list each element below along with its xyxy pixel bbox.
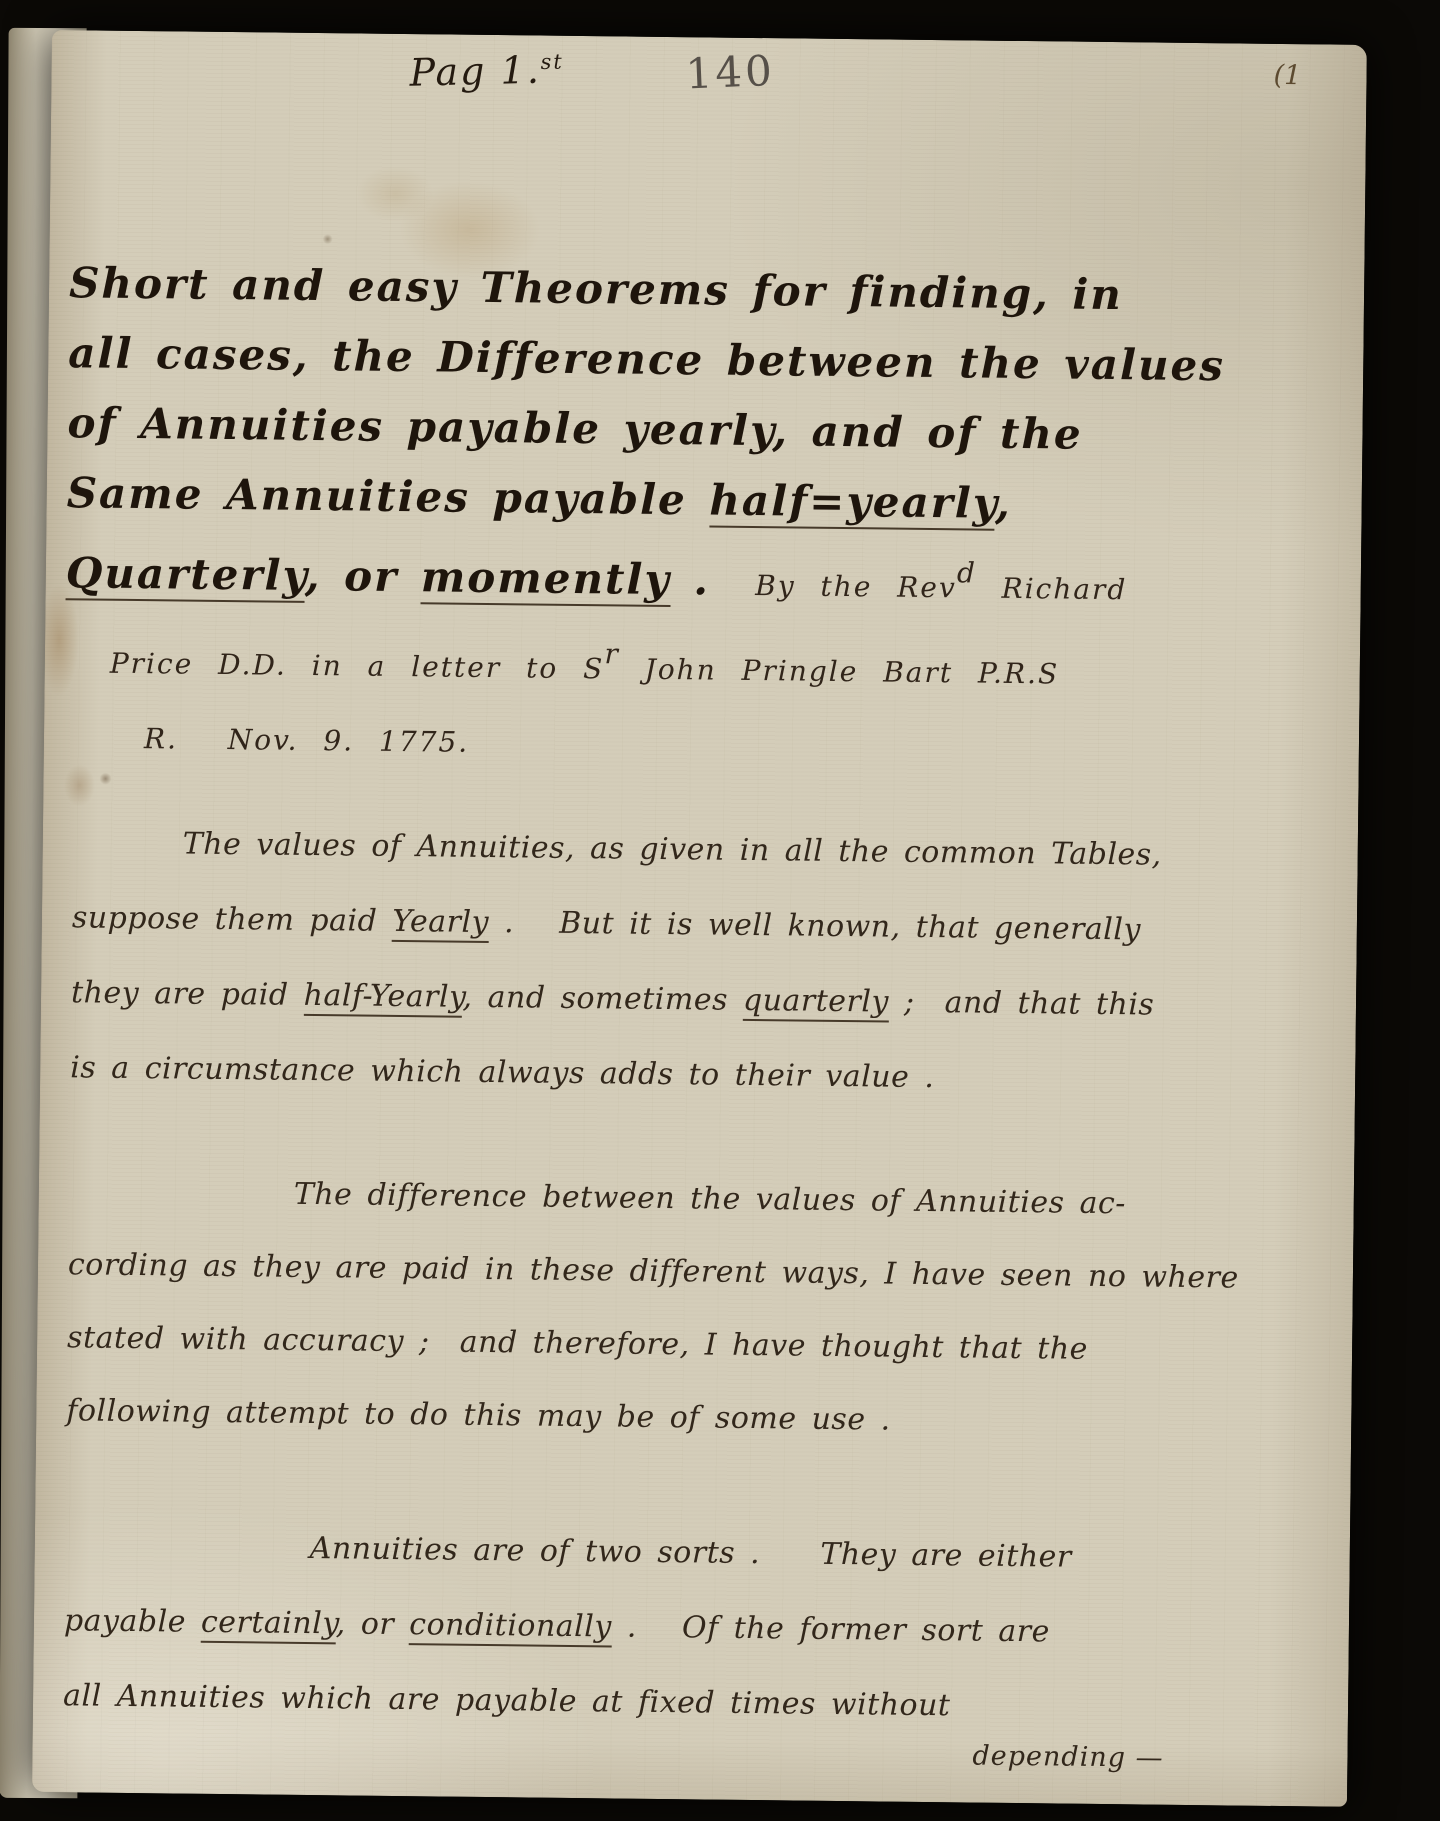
text-segment: all cases, the Difference between the va… (68, 328, 1225, 390)
text-segment: , and sometimes (462, 980, 743, 1018)
text-segment: Richard (977, 572, 1128, 607)
text-segment: , or (305, 551, 422, 601)
text-segment: Short and easy Theorems for finding, in (69, 258, 1123, 319)
handwritten-line: Quarterly, or momently . By the Revd Ric… (65, 528, 1351, 628)
text-segment: following attempt to do this may be of s… (66, 1393, 891, 1437)
text-segment: payable (64, 1603, 201, 1640)
text-segment: , or (336, 1606, 410, 1642)
handwritten-line: all Annuities which are payable at fixed… (63, 1658, 1339, 1747)
text-segment: quarterly (743, 983, 889, 1023)
paragraph-1: The values of Annuities, as given in all… (70, 805, 1348, 1119)
text-segment: By the Rev (755, 569, 957, 604)
text-segment: suppose them paid (72, 900, 393, 939)
text-segment: John Pringle Bart P.R.S (619, 652, 1059, 690)
text-segment: conditionally (409, 1607, 612, 1647)
pencil-archive-number: 140 (685, 46, 776, 99)
text-segment: Pag 1. (409, 48, 541, 95)
text-segment: Annuities are of two sorts . They are ei… (310, 1531, 1072, 1575)
handwritten-line: R. Nov. 9. 1775. (64, 698, 1350, 788)
text-segment: d (957, 556, 977, 589)
handwritten-line: is a circumstance which always adds to t… (70, 1030, 1346, 1119)
text-segment: The difference between the values of Ann… (294, 1177, 1126, 1221)
manuscript-page: Pag 1.st 140 (1 Short and easy Theorems … (32, 30, 1367, 1807)
text-segment: . But it is well known, that generally (489, 905, 1141, 947)
text-segment: momently (421, 552, 671, 607)
handwritten-line: Pag 1.st (409, 47, 564, 95)
paragraph-2: The difference between the values of Ann… (66, 1155, 1344, 1461)
text-segment: The values of Annuities, as given in all… (183, 827, 1162, 873)
text-segment: Yearly (392, 904, 489, 943)
manuscript-scan: Pag 1.st 140 (1 Short and easy Theorems … (0, 0, 1440, 1821)
paragraph-3: Annuities are of two sorts . They are ei… (63, 1508, 1340, 1747)
text-segment: st (540, 49, 564, 74)
handwritten-line: The values of Annuities, as given in all… (72, 805, 1348, 894)
handwritten-line: they are paid half-Yearly, and sometimes… (71, 955, 1347, 1044)
handwritten-line: following attempt to do this may be of s… (66, 1374, 1342, 1461)
text-segment: certainly (201, 1605, 336, 1645)
text-segment: of Annuities payable yearly, and of the (67, 398, 1083, 459)
folio-number: (1 (1273, 60, 1301, 91)
text-segment: is a circumstance which always adds to t… (70, 1050, 935, 1095)
text-segment: . Of the former sort are (612, 1609, 1050, 1649)
text-segment: . (671, 555, 756, 605)
text-segment: Price D.D. in a letter to S (110, 647, 605, 686)
text-segment: cording as they are paid in these differ… (68, 1247, 1239, 1295)
text-segment: half=yearly (709, 475, 995, 530)
text-segment: Quarterly (66, 548, 306, 603)
text-segment: stated with accuracy ; and therefore, I … (67, 1320, 1088, 1367)
text-segment: all Annuities which are payable at fixed… (63, 1678, 951, 1723)
handwritten-line: suppose them paid Yearly . But it is wel… (72, 880, 1348, 969)
text-segment: Same Annuities payable (66, 468, 709, 524)
page-label: Pag 1.st (409, 47, 564, 95)
text-segment: half-Yearly (303, 978, 462, 1018)
handwritten-line: Price D.D. in a letter to Sr John Pringl… (64, 613, 1350, 713)
handwritten-line: payable certainly, or conditionally . Of… (64, 1583, 1340, 1672)
text-segment: r (604, 637, 620, 670)
text-segment: R. Nov. 9. 1775. (144, 722, 470, 759)
title-block: Short and easy Theorems for finding, ina… (64, 248, 1355, 788)
text-segment: , (995, 479, 1012, 528)
handwritten-line: Annuities are of two sorts . They are ei… (64, 1508, 1340, 1597)
text-segment: they are paid (71, 975, 304, 1013)
text-segment: ; and that this (889, 985, 1155, 1023)
catchword: depending — (972, 1741, 1163, 1774)
